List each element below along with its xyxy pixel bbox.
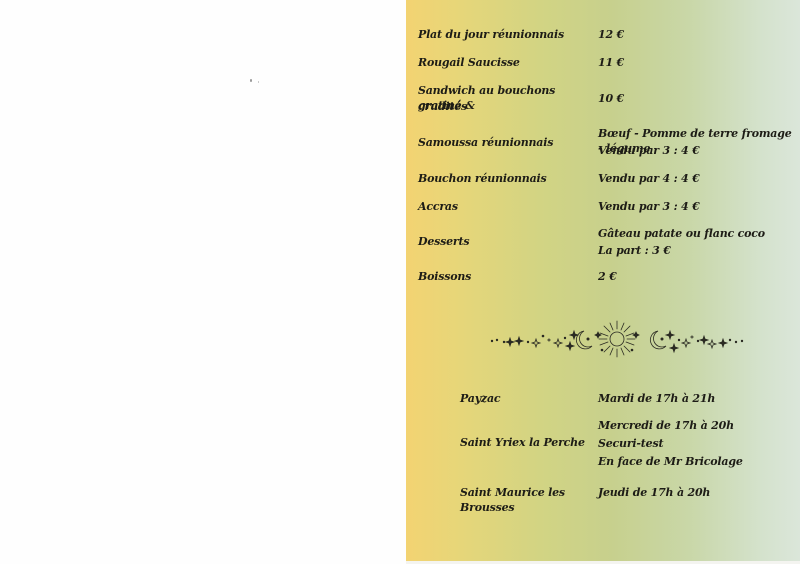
menu-item-price: 10 € — [598, 91, 798, 106]
location-name: Payzac — [460, 391, 600, 406]
location-schedule-line: Securi-test — [598, 436, 798, 451]
location-schedule-line: Mercredi de 17h à 20h — [598, 418, 798, 433]
menu-item-price-line: La part : 3 € — [598, 243, 798, 258]
location-name: Saint Maurice les Brousses — [460, 485, 600, 515]
menu-item-name: Desserts — [418, 234, 588, 249]
scan-speck — [250, 79, 252, 82]
blank-left-page — [0, 0, 406, 564]
location-schedule-line: En face de Mr Bricolage — [598, 454, 798, 469]
menu-item-name: Samoussa réunionnais — [418, 135, 588, 150]
scan-speck — [258, 81, 259, 83]
menu-item-price: Vendu par 4 : 4 € — [598, 171, 798, 186]
menu-item-price: Vendu par 3 : 4 € — [598, 199, 798, 214]
menu-item-price-line: Gâteau patate ou flanc coco — [598, 226, 798, 241]
menu-item-price: 2 € — [598, 269, 798, 284]
menu-item-name: Plat du jour réunionnais — [418, 27, 588, 42]
location-schedule: Mardi de 17h à 21h — [598, 391, 798, 406]
menu-item-name: Accras — [418, 199, 588, 214]
menu-item-name: Boissons — [418, 269, 588, 284]
menu-item-price-line: Vendu par 3 : 4 € — [598, 143, 798, 158]
menu-item-price: 12 € — [598, 27, 798, 42]
menu-item-name-line: crudités — [418, 99, 588, 114]
celestial-divider-icon — [488, 318, 746, 360]
menu-item-name: Bouchon réunionnais — [418, 171, 588, 186]
menu-item-price: 11 € — [598, 55, 798, 70]
menu-item-name: Rougail Saucisse — [418, 55, 588, 70]
location-name: Saint Yriex la Perche — [460, 435, 600, 450]
location-schedule: Jeudi de 17h à 20h — [598, 485, 798, 500]
